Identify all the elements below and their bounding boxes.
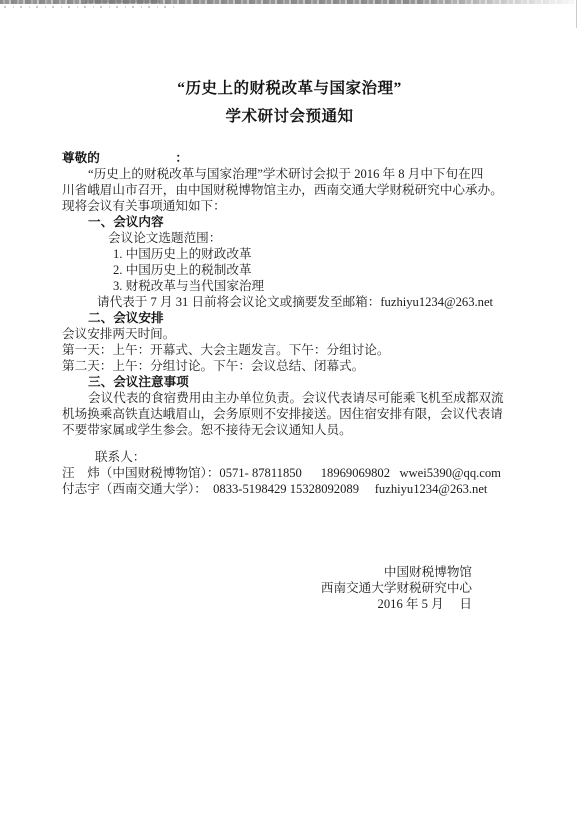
document-body: 尊敬的 ：“历史上的财税改革与国家治理”学术研讨会拟于 2016 年 8 月中下… [62,150,528,497]
signature-block: 中国财税博物馆西南交通大学财税研究中心2016 年 5 月 日 [62,564,518,612]
doc-line-7: 2. 中国历史上的税制改革 [62,262,528,278]
scan-artifact-specks [4,6,179,8]
doc-line-17: 不要带家属或学生参会。恕不接待无会议通知人员。 [62,422,528,438]
doc-line-13: 第二天：上午：分组讨论。下午：会议总结、闭幕式。 [62,358,528,374]
scan-artifact-dark-segment [85,0,160,3]
doc-line-15: 会议代表的食宿费用由主办单位负责。会议代表请尽可能乘飞机至成都双流 [62,390,528,406]
signature-line-2: 2016 年 5 月 日 [62,596,518,612]
doc-line-1: “历史上的财税改革与国家治理”学术研讨会拟于 2016 年 8 月中下旬在四 [62,166,528,182]
doc-line-20: 汪 炜（中国财税博物馆）：0571- 87811850 18969069802 … [62,465,528,481]
doc-line-16: 机场换乘高铁直达峨眉山，会务原则不安排接送。因住宿安排有限，会议代表请 [62,406,528,422]
doc-line-18 [62,438,528,449]
doc-line-12: 第一天：上午：开幕式、大会主题发言。下午：分组讨论。 [62,342,528,358]
doc-line-10: 二、会议安排 [62,310,528,326]
signature-line-0: 中国财税博物馆 [62,564,518,580]
doc-line-9: 请代表于 7 月 31 日前将会议论文或摘要发至邮箱：fuzhiyu1234@2… [62,294,528,310]
scan-artifact-right-edge [576,0,577,28]
signature-line-1: 西南交通大学财税研究中心 [62,580,518,596]
doc-line-0: 尊敬的 ： [62,150,528,166]
doc-line-21: 付志宇（西南交通大学）： 0833-5198429 15328092089 fu… [62,481,528,497]
doc-line-19: 联系人： [62,449,528,465]
doc-line-2: 川省峨眉山市召开，由中国财税博物馆主办，西南交通大学财税研究中心承办。 [62,182,528,198]
doc-line-8: 3. 财税改革与当代国家治理 [62,278,528,294]
document-title-line2: 学术研讨会预通知 [0,108,579,126]
doc-line-4: 一、会议内容 [62,214,528,230]
doc-line-5: 会议论文选题范围： [62,230,528,246]
document-title-line1: “历史上的财税改革与国家治理” [0,80,579,98]
doc-line-6: 1. 中国历史上的财政改革 [62,246,528,262]
scanned-document-page: “历史上的财税改革与国家治理” 学术研讨会预通知 尊敬的 ：“历史上的财税改革与… [0,0,579,831]
doc-line-14: 三、会议注意事项 [62,374,528,390]
doc-line-3: 现将会议有关事项通知如下： [62,198,528,214]
doc-line-11: 会议安排两天时间。 [62,326,528,342]
